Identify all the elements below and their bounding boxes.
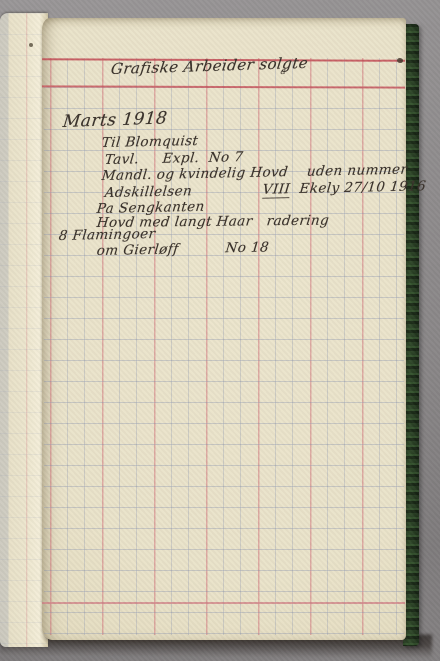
ink-blot — [396, 57, 404, 64]
header-stray-mark: a — [280, 68, 287, 77]
top-red-rule-2 — [42, 85, 405, 88]
handwritten-segment: Ekely 27/10 1916 — [289, 178, 427, 197]
photo-background: Grafiske Arbeider solgte a Marts 1918 Ti… — [0, 0, 440, 661]
ledger-page: Grafiske Arbeider solgte a Marts 1918 Ti… — [42, 18, 406, 640]
handwritten-line: om Gierløff No 18 — [96, 241, 270, 258]
handwritten-segment-underlined: VIII — [262, 181, 291, 199]
binding-hole-dot — [29, 43, 33, 47]
handwritten-line-date: Marts 1918 — [62, 110, 168, 131]
page-ruling-vertical — [44, 58, 404, 635]
bottom-red-rule — [42, 602, 405, 604]
left-page-edge — [0, 13, 48, 647]
page-header-handwriting: Grafiske Arbeider solgte — [110, 56, 309, 77]
handwritten-segment: Adskillelsen — [104, 182, 264, 201]
handwritten-line: Til Blomquist — [101, 135, 199, 151]
handwritten-line: Adskillelsen VIII Ekely 27/10 1916 — [104, 180, 427, 200]
